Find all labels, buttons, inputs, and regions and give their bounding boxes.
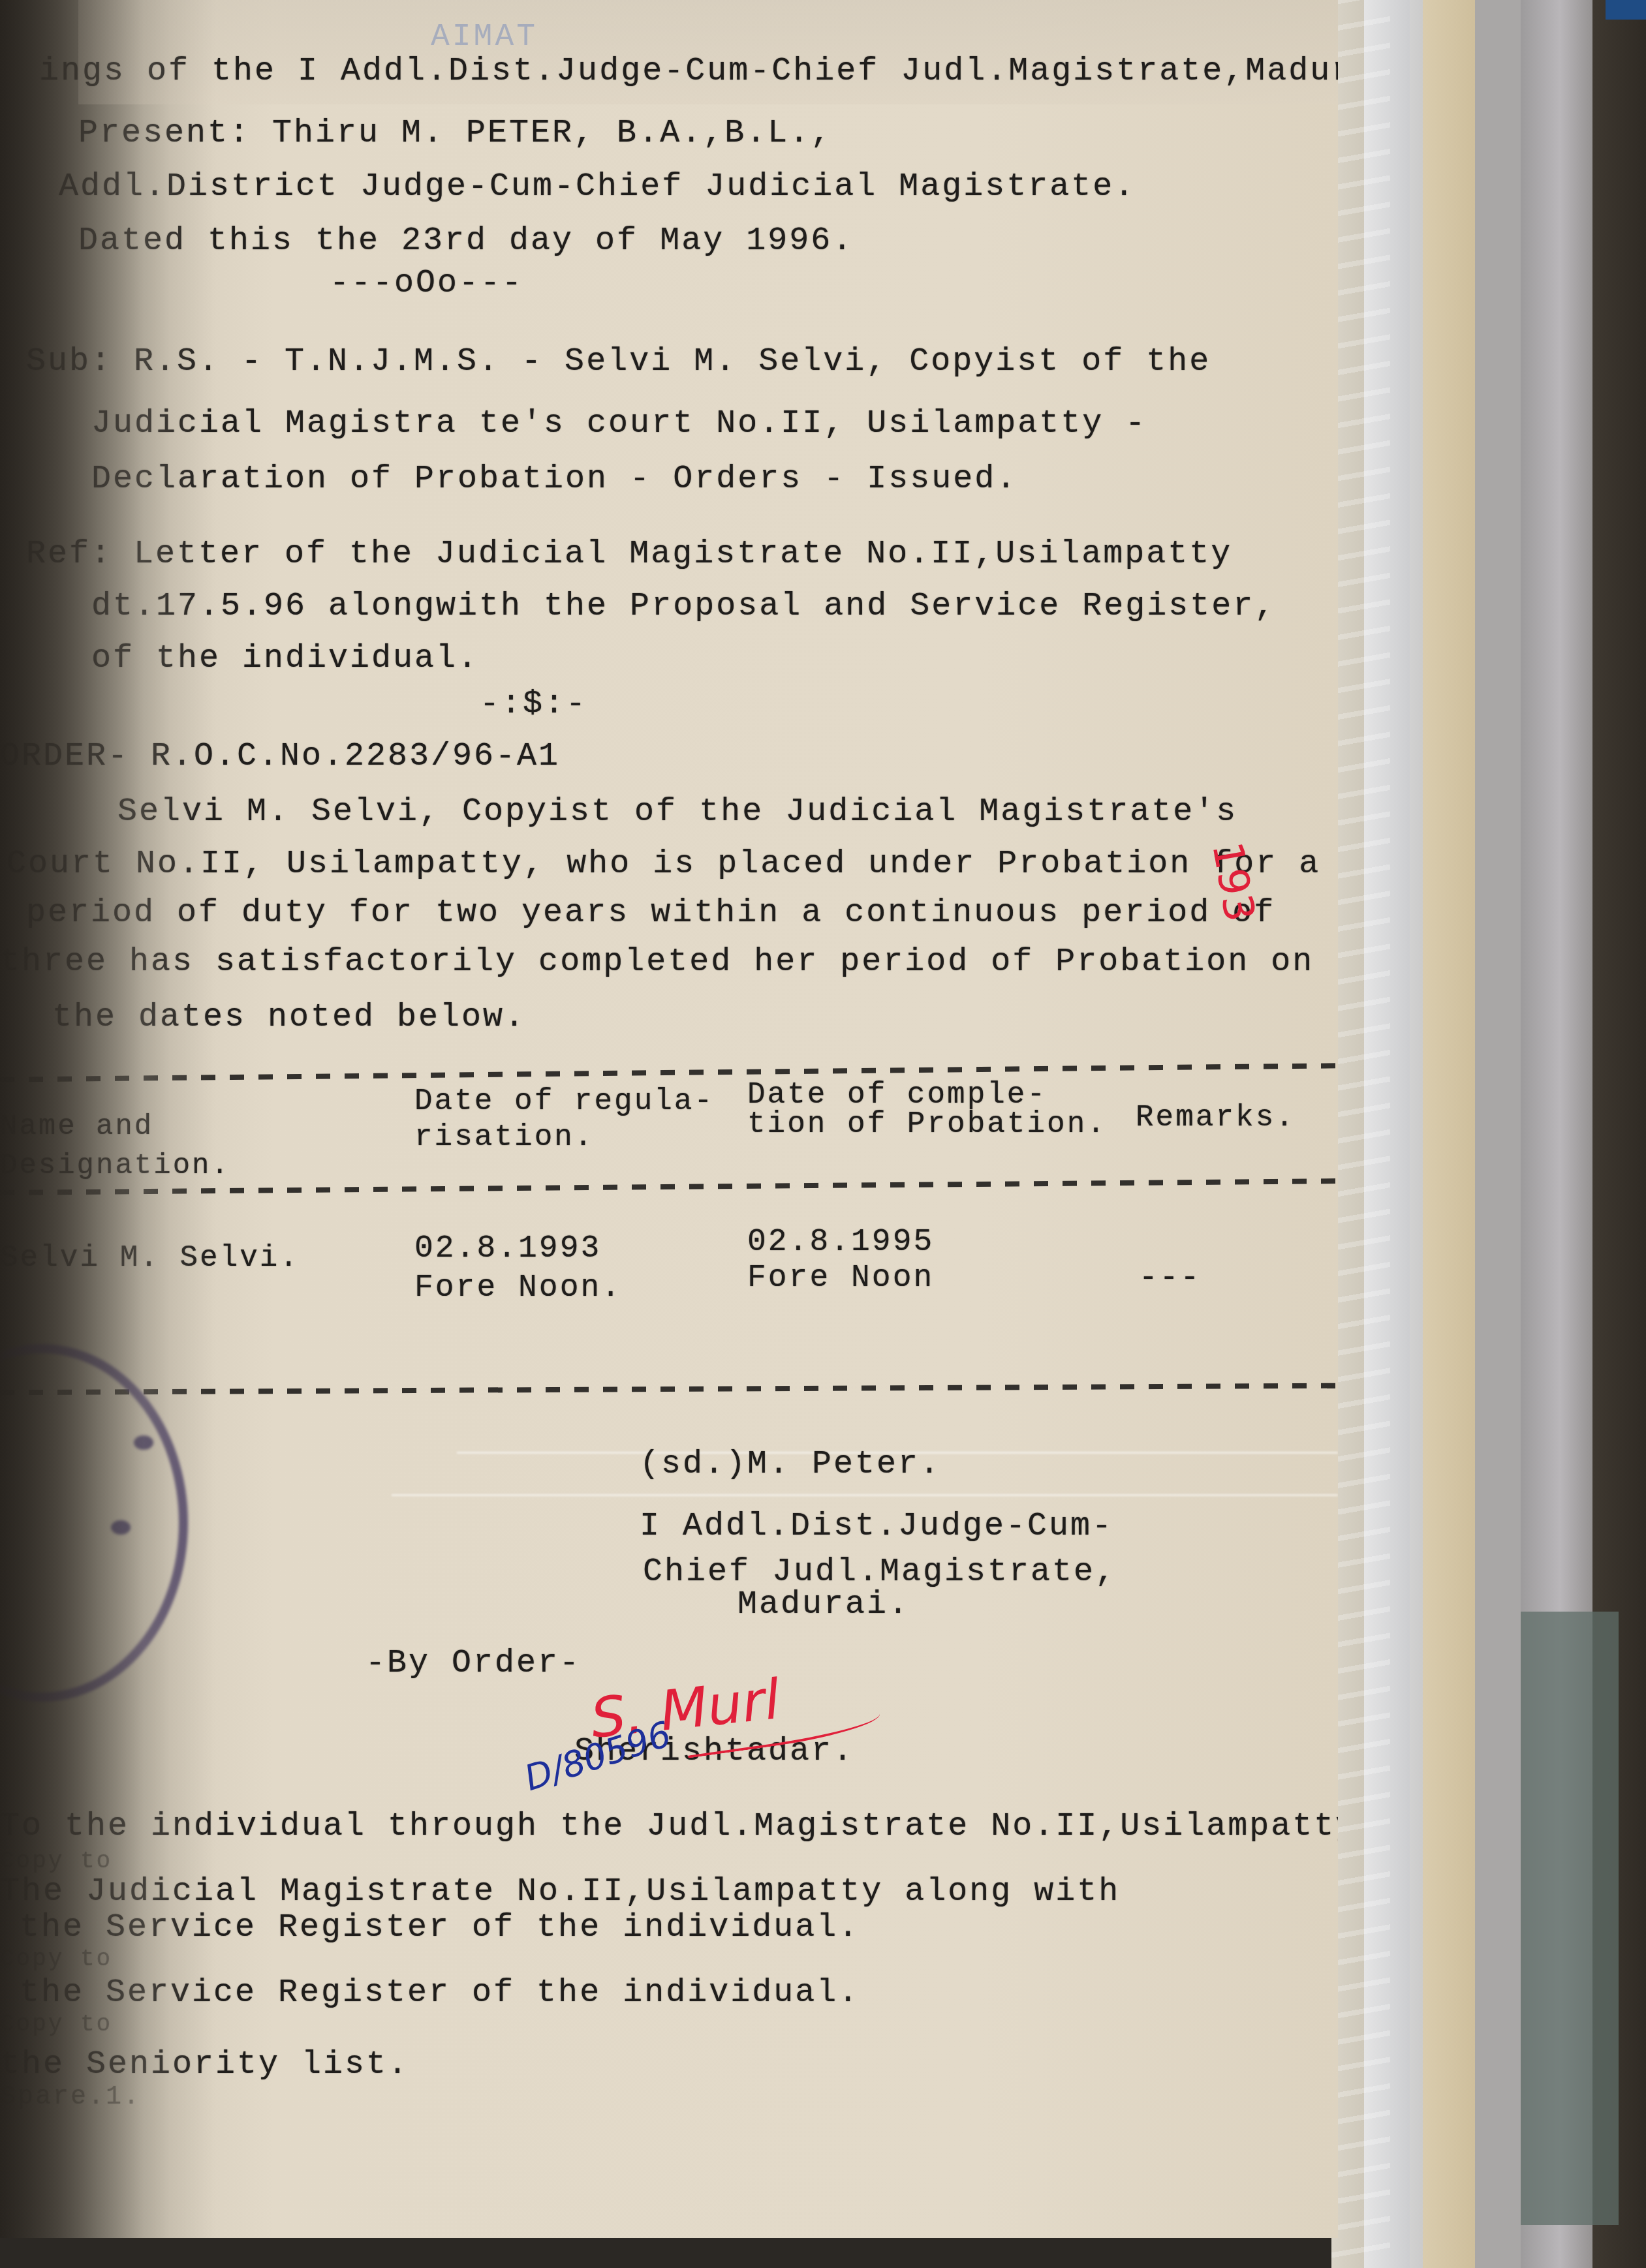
present-line: Present: Thiru M. PETER, B.A.,B.L.,	[78, 117, 832, 150]
file-stack-edge	[1475, 0, 1527, 2268]
ghost-top-text: AIMAT	[431, 20, 538, 55]
table-header-completion: Date of comple-	[747, 1080, 1047, 1110]
table-cell-name: Selvi M. Selvi.	[0, 1243, 300, 1273]
table-cell-completion-time: Fore Noon	[747, 1263, 934, 1294]
subject-line-1: Sub: R.S. - T.N.J.M.S. - Selvi M. Selvi,…	[26, 346, 1211, 378]
copy-service-register-2: the Service Register of the individual.	[20, 1977, 860, 2010]
official-seal-stamp	[0, 1344, 188, 1702]
table-cell-completion-date: 02.8.1995	[747, 1227, 934, 1258]
signatory-title-1: I Addl.Dist.Judge-Cum-	[640, 1510, 1113, 1543]
blue-folder-corner	[1606, 0, 1646, 20]
document-page: AIMAT ings of the I Addl.Dist.Judge-Cum-…	[0, 0, 1338, 2238]
table-cell-regularisation-time: Fore Noon.	[414, 1272, 622, 1304]
order-body-line: Court No.II, Usilampatty, who is placed …	[7, 848, 1320, 881]
by-order: -By Order-	[365, 1647, 581, 1680]
subject-line-3: Declaration of Probation - Orders - Issu…	[91, 463, 1017, 496]
signatory-title-2: Chief Judl.Magistrate,	[643, 1556, 1117, 1589]
table-header-regularisation: Date of regula-	[414, 1086, 714, 1116]
table-cell-remarks: ---	[1139, 1263, 1201, 1294]
seal-mark	[134, 1435, 153, 1450]
copy-spare: Spare.1.	[0, 2085, 141, 2111]
header-separator: ---oOo---	[330, 268, 523, 300]
table-cell-regularisation-date: 02.8.1993	[414, 1233, 601, 1264]
reference-line-2: dt.17.5.96 alongwith the Proposal and Se…	[91, 590, 1276, 623]
copy-service-register: the Service Register of the individual.	[20, 1912, 860, 1944]
date-line: Dated this the 23rd day of May 1996.	[78, 225, 854, 258]
order-number: ORDER- R.O.C.No.2283/96-A1	[0, 741, 560, 773]
proceedings-heading: ings of the I Addl.Dist.Judge-Cum-Chief …	[39, 55, 1338, 88]
table-top-rule	[0, 1063, 1338, 1082]
table-header-regularisation-2: risation.	[414, 1122, 594, 1152]
copy-to-magistrate: The Judicial Magistrate No.II,Usilampatt…	[0, 1876, 1120, 1908]
reference-separator: -:$:-	[480, 688, 587, 721]
reference-line-3: of the individual.	[91, 643, 479, 675]
teal-folder	[1521, 1612, 1619, 2225]
paper-crease	[392, 1494, 1338, 1496]
seal-mark	[111, 1520, 131, 1535]
table-header-completion-2: tion of Probation.	[747, 1109, 1107, 1139]
order-body-line: three has satisfactorily completed her p…	[0, 946, 1314, 979]
subject-line-2: Judicial Magistra te's court No.II, Usil…	[91, 408, 1147, 440]
order-body-line: Selvi M. Selvi, Copyist of the Judicial …	[117, 796, 1237, 829]
order-body-line: period of duty for two years within a co…	[26, 897, 1275, 930]
copy-to-label: Copy to	[0, 2013, 112, 2036]
copy-to-label: Copy to	[0, 1850, 112, 1873]
table-header-remarks: Remarks.	[1136, 1103, 1296, 1133]
signed-by: (sd.)M. Peter.	[640, 1448, 941, 1481]
table-bottom-rule	[0, 1383, 1338, 1396]
copy-to-individual: To the individual through the Judl.Magis…	[0, 1811, 1338, 1843]
copy-seniority-list: the Seniority list.	[0, 2049, 409, 2081]
table-header-name: Name and	[0, 1112, 153, 1141]
plastic-sleeve	[1331, 0, 1390, 2268]
order-body-line: the dates noted below.	[52, 1002, 526, 1034]
copy-to-label: Copy to	[0, 1948, 112, 1971]
table-header-name-2: Designation.	[0, 1152, 230, 1180]
designation-line: Addl.District Judge-Cum-Chief Judicial M…	[59, 171, 1136, 204]
signatory-title-3: Madurai.	[738, 1589, 910, 1621]
reference-line-1: Ref: Letter of the Judicial Magistrate N…	[26, 538, 1232, 571]
